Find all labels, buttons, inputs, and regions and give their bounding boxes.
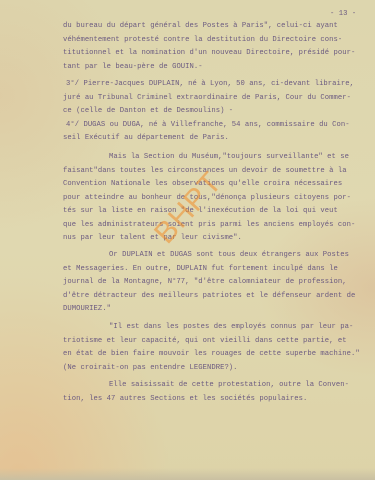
text-line: titutionnel et la nomination d'un nouvea…	[63, 47, 355, 60]
text-line: "Il est dans les postes des employés con…	[109, 321, 353, 334]
text-line: juré au Tribunal Criminel extraordinaire…	[63, 92, 351, 105]
text-line: triotisme et leur capacité, qui ont viei…	[63, 335, 347, 348]
text-line: et Messageries. En outre, DUPLAIN fut fo…	[63, 263, 338, 276]
text-line: Mais la Section du Muséum,"toujours surv…	[109, 151, 349, 164]
text-line: ce (celle de Danton et de Desmoulins) -	[63, 105, 233, 118]
text-line: journal de la Montagne, N°77, "d'être ca…	[63, 276, 347, 289]
text-line: 3°/ Pierre-Jacques DUPLAIN, né à Lyon, 5…	[66, 78, 354, 91]
document-page: - 13 - du bureau du départ général des P…	[0, 0, 375, 480]
text-line: tant par le beau-père de GOUIN.-	[63, 61, 203, 74]
page-edge	[0, 468, 375, 480]
text-line: véhémentement protesté contre la destitu…	[63, 34, 342, 47]
text-line: 4°/ DUGAS ou DUGA, né à Villefranche, 54…	[66, 119, 350, 132]
text-line: DUMOURIEZ."	[63, 303, 111, 316]
text-line: nus par leur talent et par leur civisme"…	[63, 232, 242, 245]
text-line: (Ne croirait-on pas entendre LEGENDRE?).	[63, 362, 238, 375]
text-line: Or DUPLAIN et DUGAS sont tous deux étran…	[109, 249, 349, 262]
text-line: en état de bien faire mouvoir les rouage…	[63, 348, 360, 361]
text-line: du bureau du départ général des Postes à…	[63, 20, 338, 33]
text-line: seil Exécutif au département de Paris.	[63, 132, 229, 145]
text-line: que les administrateurs soient pris parm…	[63, 219, 355, 232]
text-line: d'être détracteur des meilleurs patriote…	[63, 290, 355, 303]
text-line: Elle saisissait de cette protestation, o…	[109, 379, 349, 392]
document-body: du bureau du départ général des Postes à…	[63, 20, 363, 460]
text-line: tion, les 47 autres Sections et les soci…	[63, 393, 307, 406]
